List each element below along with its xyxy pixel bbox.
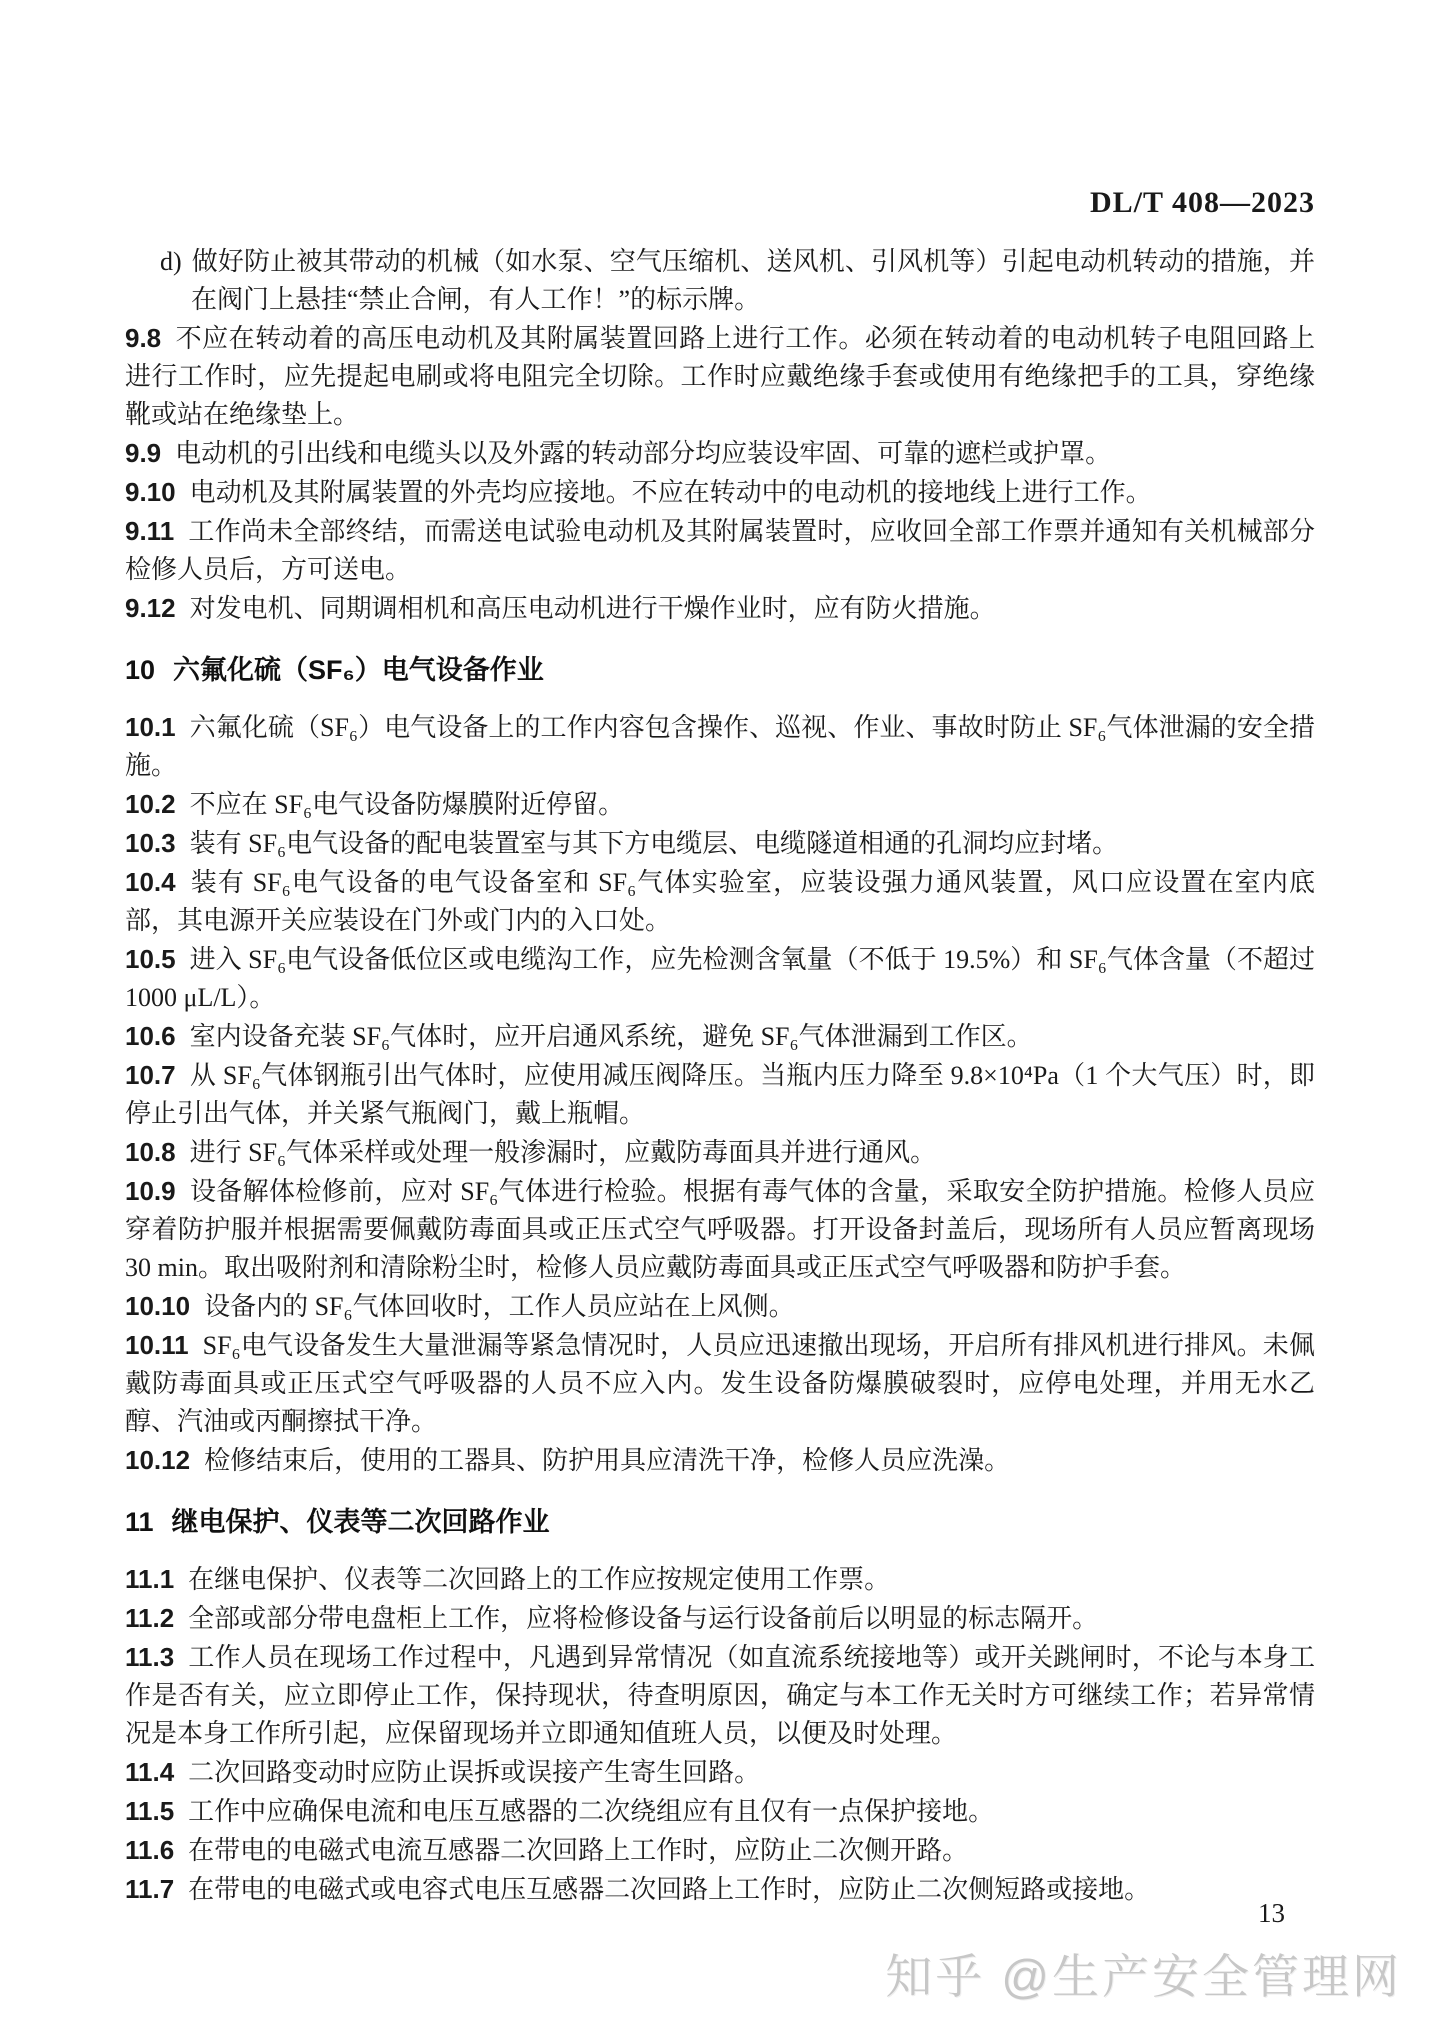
clause-paragraph: 11.1在继电保护、仪表等二次回路上的工作应按规定使用工作票。	[125, 1560, 1315, 1599]
clause-paragraph: 10.10设备内的 SF₆气体回收时，工作人员应站在上风侧。	[125, 1287, 1315, 1326]
section-heading: 11继电保护、仪表等二次回路作业	[125, 1503, 1315, 1541]
clause-number: 11	[125, 1507, 154, 1537]
clause-paragraph: 11.3工作人员在现场工作过程中，凡遇到异常情况（如直流系统接地等）或开关跳闸时…	[125, 1638, 1315, 1753]
clause-number: 11.6	[125, 1835, 174, 1865]
clause-number: 10.5	[125, 944, 176, 974]
clause-paragraph: 9.10电动机及其附属装置的外壳均应接地。不应在转动中的电动机的接地线上进行工作…	[125, 473, 1315, 512]
clause-number: 11.3	[125, 1642, 174, 1672]
clause-number: 10.2	[125, 789, 176, 819]
clause-number: 10.7	[125, 1060, 176, 1090]
clause-number: 10.6	[125, 1021, 176, 1051]
clause-paragraph: 11.6在带电的电磁式电流互感器二次回路上工作时，应防止二次侧开路。	[125, 1831, 1315, 1870]
clause-number: 10.1	[125, 712, 176, 742]
clause-paragraph: 10.2不应在 SF₆电气设备防爆膜附近停留。	[125, 785, 1315, 824]
clause-number: 10.8	[125, 1137, 176, 1167]
clause-paragraph: 11.4二次回路变动时应防止误拆或误接产生寄生回路。	[125, 1753, 1315, 1792]
clause-paragraph: 10.4装有 SF₆电气设备的电气设备室和 SF₆气体实验室，应装设强力通风装置…	[125, 863, 1315, 940]
clause-paragraph: 9.9电动机的引出线和电缆头以及外露的转动部分均应装设牢固、可靠的遮栏或护罩。	[125, 434, 1315, 473]
clause-paragraph: 9.8不应在转动着的高压电动机及其附属装置回路上进行工作。必须在转动着的电动机转…	[125, 319, 1315, 434]
clause-number: 10.11	[125, 1330, 189, 1360]
document-content: d)做好防止被其带动的机械（如水泵、空气压缩机、送风机、引风机等）引起电动机转动…	[125, 243, 1315, 1909]
standard-number-header: DL/T 408—2023	[125, 186, 1315, 220]
clause-paragraph: 10.11SF₆电气设备发生大量泄漏等紧急情况时，人员应迅速撤出现场，开启所有排…	[125, 1326, 1315, 1441]
clause-paragraph: 10.7从 SF₆气体钢瓶引出气体时，应使用减压阀降压。当瓶内压力降至 9.8×…	[125, 1056, 1315, 1133]
clause-number: 9.11	[125, 516, 174, 546]
clause-number: 9.10	[125, 477, 176, 507]
clause-paragraph: 9.11工作尚未全部终结，而需送电试验电动机及其附属装置时，应收回全部工作票并通…	[125, 512, 1315, 589]
clause-paragraph: 10.9设备解体检修前，应对 SF₆气体进行检验。根据有毒气体的含量，采取安全防…	[125, 1172, 1315, 1287]
clause-paragraph: 10.1六氟化硫（SF₆）电气设备上的工作内容包含操作、巡视、作业、事故时防止 …	[125, 708, 1315, 785]
clause-number: 11.1	[125, 1564, 174, 1594]
section-heading: 10六氟化硫（SF₆）电气设备作业	[125, 651, 1315, 689]
clause-paragraph: 10.12检修结束后，使用的工器具、防护用具应清洗干净，检修人员应洗澡。	[125, 1441, 1315, 1480]
page-number: 13	[125, 1898, 1285, 1929]
list-item-label: d)	[160, 247, 182, 276]
clause-number: 9.8	[125, 323, 161, 353]
clause-number: 11.5	[125, 1796, 174, 1826]
clause-number: 10.3	[125, 828, 176, 858]
list-item: d)做好防止被其带动的机械（如水泵、空气压缩机、送风机、引风机等）引起电动机转动…	[125, 243, 1315, 319]
clause-number: 10.12	[125, 1445, 190, 1475]
clause-paragraph: 10.8进行 SF₆气体采样或处理一般渗漏时，应戴防毒面具并进行通风。	[125, 1133, 1315, 1172]
clause-number: 9.12	[125, 593, 176, 623]
clause-paragraph: 10.3装有 SF₆电气设备的配电装置室与其下方电缆层、电缆隧道相通的孔洞均应封…	[125, 824, 1315, 863]
clause-number: 10.9	[125, 1176, 176, 1206]
clause-number: 11.4	[125, 1757, 174, 1787]
clause-number: 9.9	[125, 438, 161, 468]
clause-number: 10.4	[125, 867, 176, 897]
clause-paragraph: 9.12对发电机、同期调相机和高压电动机进行干燥作业时，应有防火措施。	[125, 589, 1315, 628]
clause-paragraph: 11.2全部或部分带电盘柜上工作，应将检修设备与运行设备前后以明显的标志隔开。	[125, 1599, 1315, 1638]
clause-paragraph: 11.5工作中应确保电流和电压互感器的二次绕组应有且仅有一点保护接地。	[125, 1792, 1315, 1831]
clause-number: 10.10	[125, 1291, 190, 1321]
watermark: 知乎 @生产安全管理网	[885, 1940, 1402, 2007]
clause-paragraph: 10.6室内设备充装 SF₆气体时，应开启通风系统，避免 SF₆气体泄漏到工作区…	[125, 1017, 1315, 1056]
clause-paragraph: 10.5进入 SF₆电气设备低位区或电缆沟工作，应先检测含氧量（不低于 19.5…	[125, 940, 1315, 1017]
clause-number: 11.2	[125, 1603, 174, 1633]
clause-number: 10	[125, 655, 155, 685]
